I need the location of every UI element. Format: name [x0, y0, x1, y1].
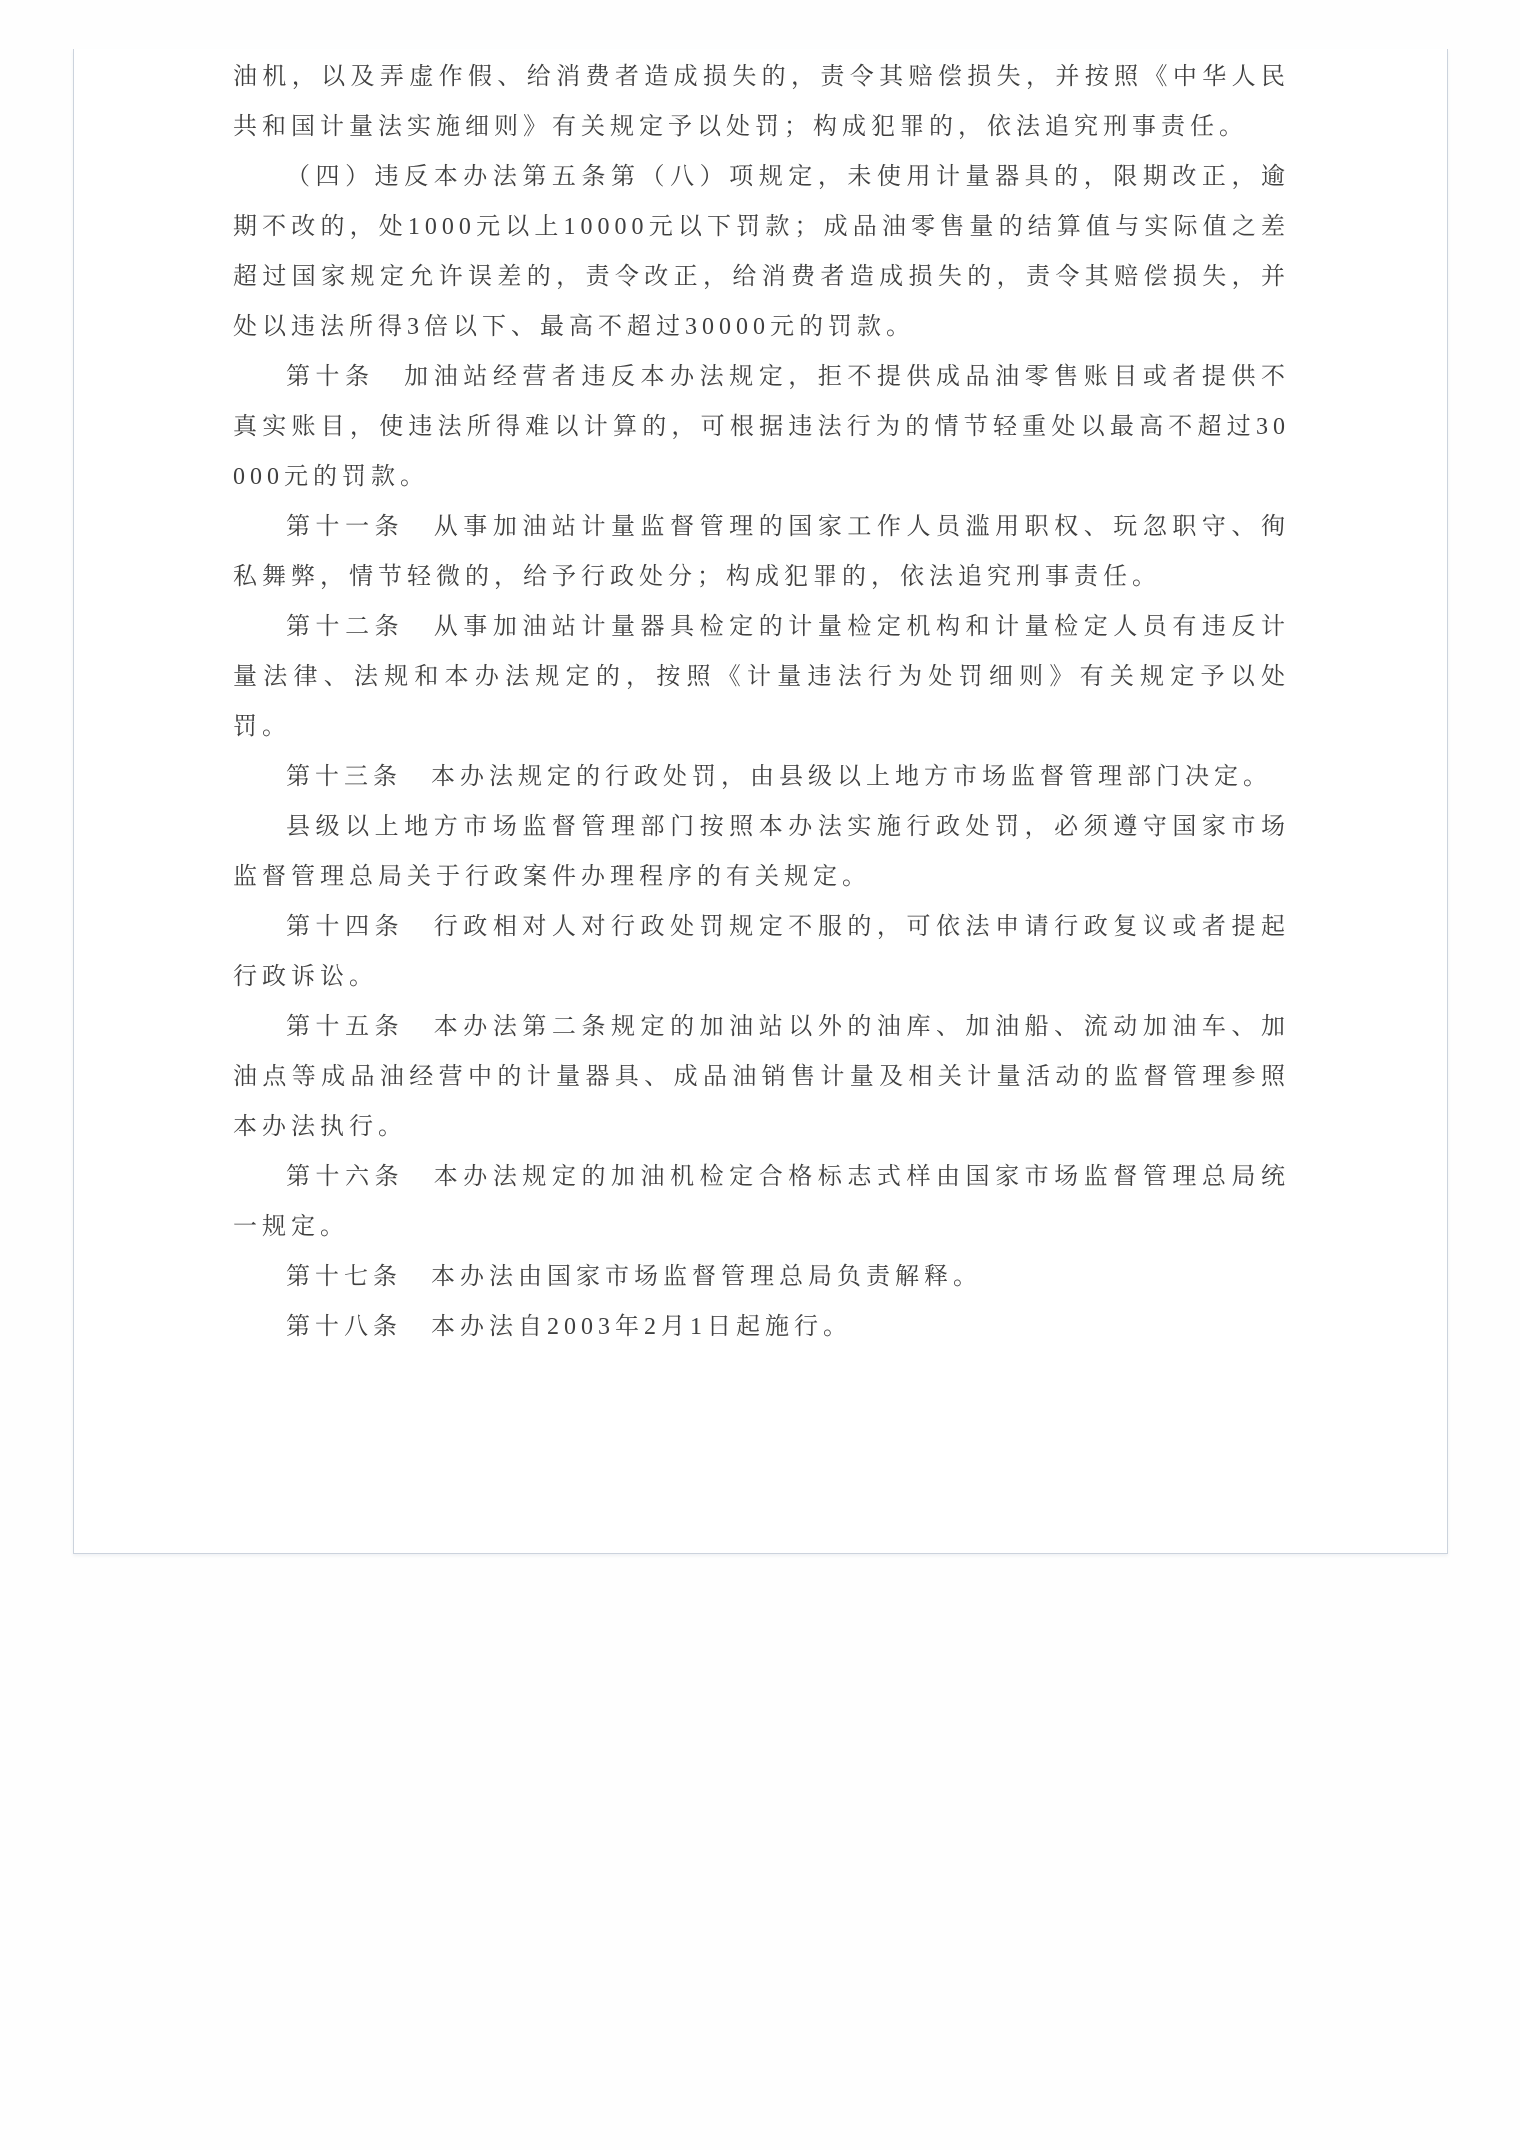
paragraph: 第十八条 本办法自2003年2月1日起施行。: [233, 1302, 1290, 1352]
paragraph: 第十三条 本办法规定的行政处罚，由县级以上地方市场监督管理部门决定。: [233, 752, 1290, 802]
paragraph: 县级以上地方市场监督管理部门按照本办法实施行政处罚，必须遵守国家市场监督管理总局…: [233, 802, 1290, 902]
paragraph: 油机，以及弄虚作假、给消费者造成损失的，责令其赔偿损失，并按照《中华人民共和国计…: [233, 52, 1290, 152]
paragraph: 第十二条 从事加油站计量器具检定的计量检定机构和计量检定人员有违反计量法律、法规…: [233, 602, 1290, 752]
paragraph: 第十一条 从事加油站计量监督管理的国家工作人员滥用职权、玩忽职守、徇私舞弊，情节…: [233, 502, 1290, 602]
screenshot-canvas: 油机，以及弄虚作假、给消费者造成损失的，责令其赔偿损失，并按照《中华人民共和国计…: [0, 0, 1520, 2150]
document-page: 油机，以及弄虚作假、给消费者造成损失的，责令其赔偿损失，并按照《中华人民共和国计…: [73, 49, 1448, 1554]
paragraph: （四）违反本办法第五条第（八）项规定，未使用计量器具的，限期改正，逾期不改的，处…: [233, 152, 1290, 352]
paragraph: 第十六条 本办法规定的加油机检定合格标志式样由国家市场监督管理总局统一规定。: [233, 1152, 1290, 1252]
paragraph: 第十七条 本办法由国家市场监督管理总局负责解释。: [233, 1252, 1290, 1302]
paragraph: 第十四条 行政相对人对行政处罚规定不服的，可依法申请行政复议或者提起行政诉讼。: [233, 902, 1290, 1002]
paragraph: 第十五条 本办法第二条规定的加油站以外的油库、加油船、流动加油车、加油点等成品油…: [233, 1002, 1290, 1152]
document-body: 油机，以及弄虚作假、给消费者造成损失的，责令其赔偿损失，并按照《中华人民共和国计…: [233, 52, 1290, 1352]
paragraph: 第十条 加油站经营者违反本办法规定，拒不提供成品油零售账目或者提供不真实账目，使…: [233, 352, 1290, 502]
